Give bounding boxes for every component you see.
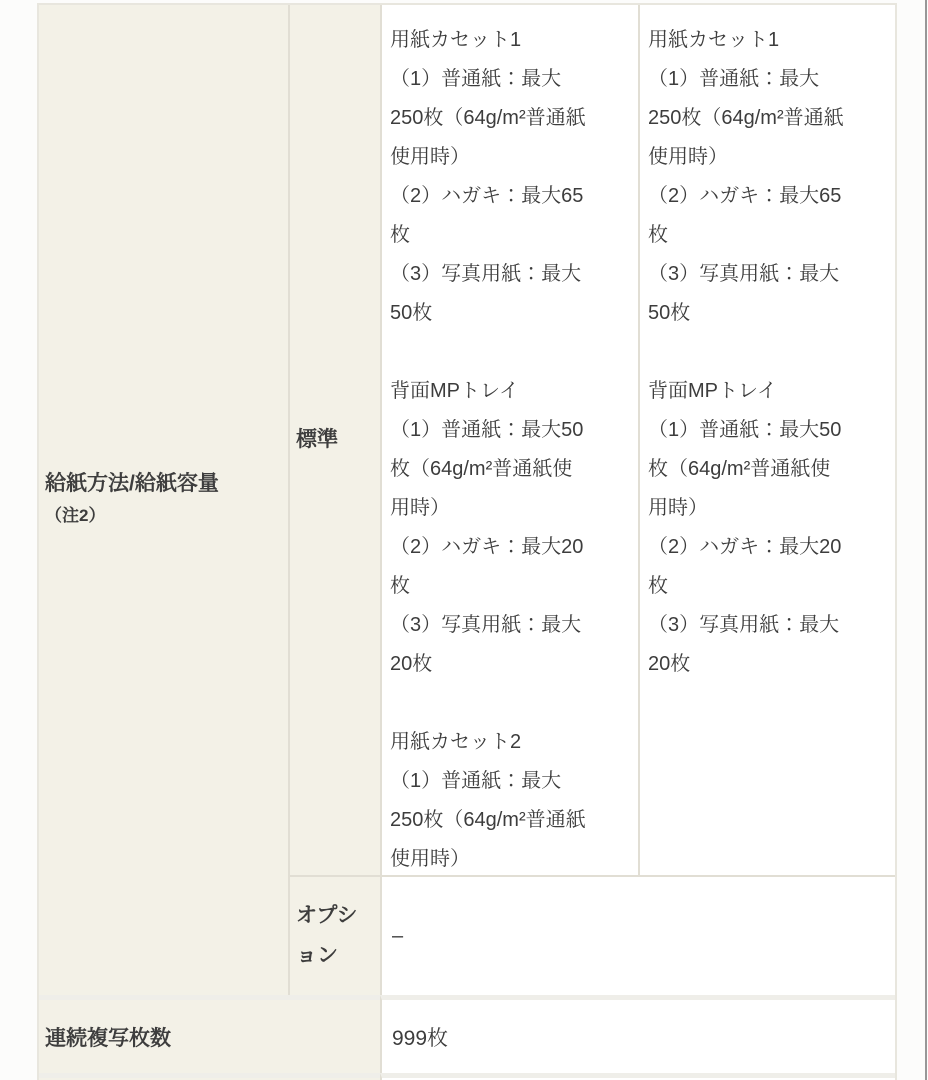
continuous-copies-value: 999枚 (392, 1022, 895, 1052)
standard-value-left-cell: 用紙カセット1 （1）普通紙：最大 250枚（64g/m²普通紙 使用時） （2… (380, 5, 638, 875)
option-value-cell: – (380, 875, 895, 995)
standard-header-cell: 標準 (288, 5, 380, 875)
standard-label: 標準 (296, 425, 376, 455)
option-header-cell: オプション (288, 875, 380, 995)
spec-table: 給紙方法/給紙容量 （注2） 標準 用紙カセット1 （1）普通紙：最大 250枚… (37, 3, 897, 1080)
option-label: オプション (296, 896, 376, 976)
scroll-indicator (925, 0, 927, 1080)
continuous-copies-label: 連続複写枚数 (45, 1022, 376, 1052)
option-value: – (392, 925, 895, 948)
feed-method-note: （注2） (45, 500, 284, 532)
continuous-copies-value-cell: 999枚 (380, 995, 895, 1073)
next-row-value-cell (380, 1073, 895, 1080)
feed-method-header-cell: 給紙方法/給紙容量 （注2） (39, 5, 288, 995)
standard-value-right-cell: 用紙カセット1 （1）普通紙：最大 250枚（64g/m²普通紙 使用時） （2… (638, 5, 895, 875)
continuous-copies-header-cell: 連続複写枚数 (39, 995, 380, 1073)
feed-method-label: 給紙方法/給紙容量 (45, 468, 284, 500)
next-row-header-cell (39, 1073, 380, 1080)
